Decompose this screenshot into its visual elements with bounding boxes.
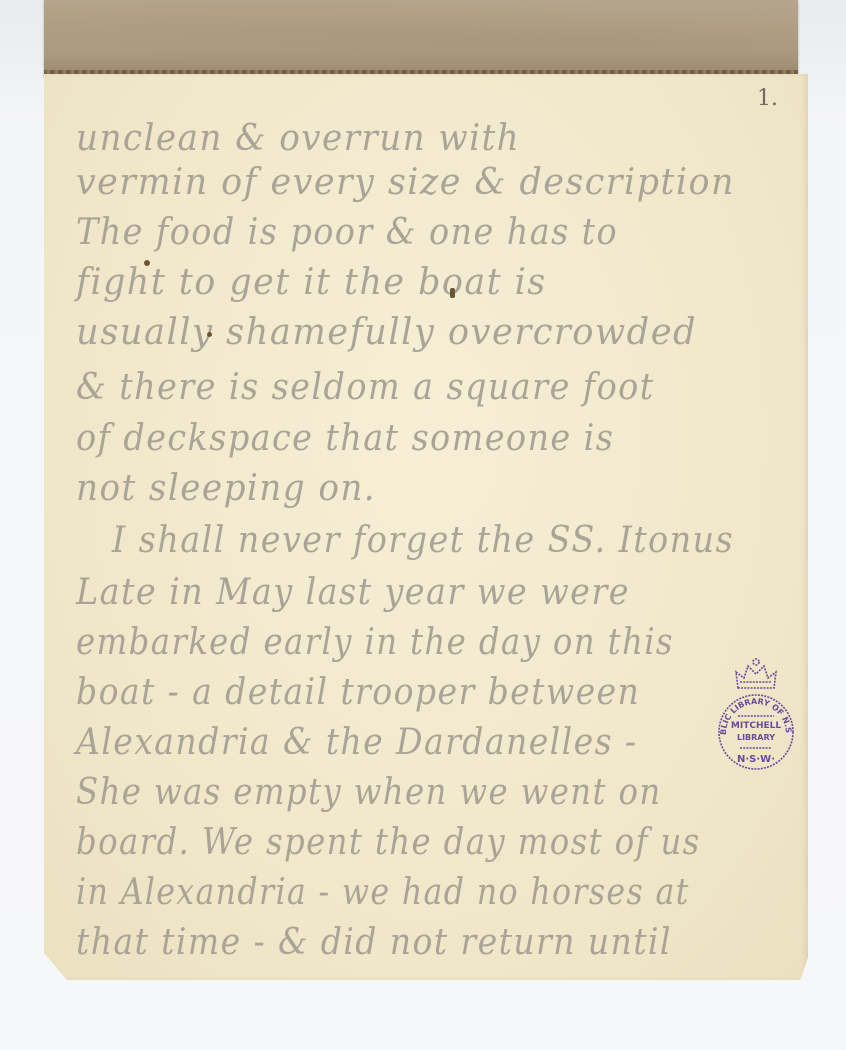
ink-spot bbox=[207, 332, 212, 337]
ink-spot bbox=[144, 260, 150, 266]
text-line: not sleeping on. bbox=[76, 468, 376, 509]
svg-text:N·S·W·: N·S·W· bbox=[737, 754, 775, 765]
svg-text:LIBRARY: LIBRARY bbox=[737, 733, 775, 742]
text-line: unclean & overrun with bbox=[76, 118, 520, 159]
text-line: of deckspace that someone is bbox=[76, 418, 614, 459]
text-line: that time - & did not return until bbox=[76, 922, 672, 963]
text-line: I shall never forget the SS. Itonus bbox=[112, 520, 734, 561]
text-line: Alexandria & the Dardanelles - bbox=[76, 722, 637, 763]
crown-icon: MITCHELL LIBRARY N·S·W· PUBLIC LIBRARY O… bbox=[708, 650, 804, 774]
text-line: Late in May last year we were bbox=[76, 572, 630, 613]
text-line: fight to get it the boat is bbox=[76, 262, 547, 303]
notebook-binding-edge bbox=[44, 70, 798, 74]
text-line: boat - a detail trooper between bbox=[76, 672, 640, 713]
text-line: embarked early in the day on this bbox=[76, 622, 674, 663]
library-stamp: MITCHELL LIBRARY N·S·W· PUBLIC LIBRARY O… bbox=[708, 650, 804, 774]
svg-text:MITCHELL: MITCHELL bbox=[731, 721, 781, 731]
text-line: The food is poor & one has to bbox=[76, 212, 618, 253]
text-line: & there is seldom a square foot bbox=[76, 367, 655, 408]
notebook-cover bbox=[44, 0, 798, 77]
page-number: 1. bbox=[757, 86, 778, 111]
text-line: She was empty when we went on bbox=[76, 772, 662, 813]
text-line: usually shamefully overcrowded bbox=[76, 312, 697, 353]
ink-spot bbox=[450, 288, 455, 298]
text-line: board. We spent the day most of us bbox=[76, 822, 701, 863]
text-line: vermin of every size & description bbox=[76, 162, 735, 203]
text-line: in Alexandria - we had no horses at bbox=[76, 872, 690, 913]
